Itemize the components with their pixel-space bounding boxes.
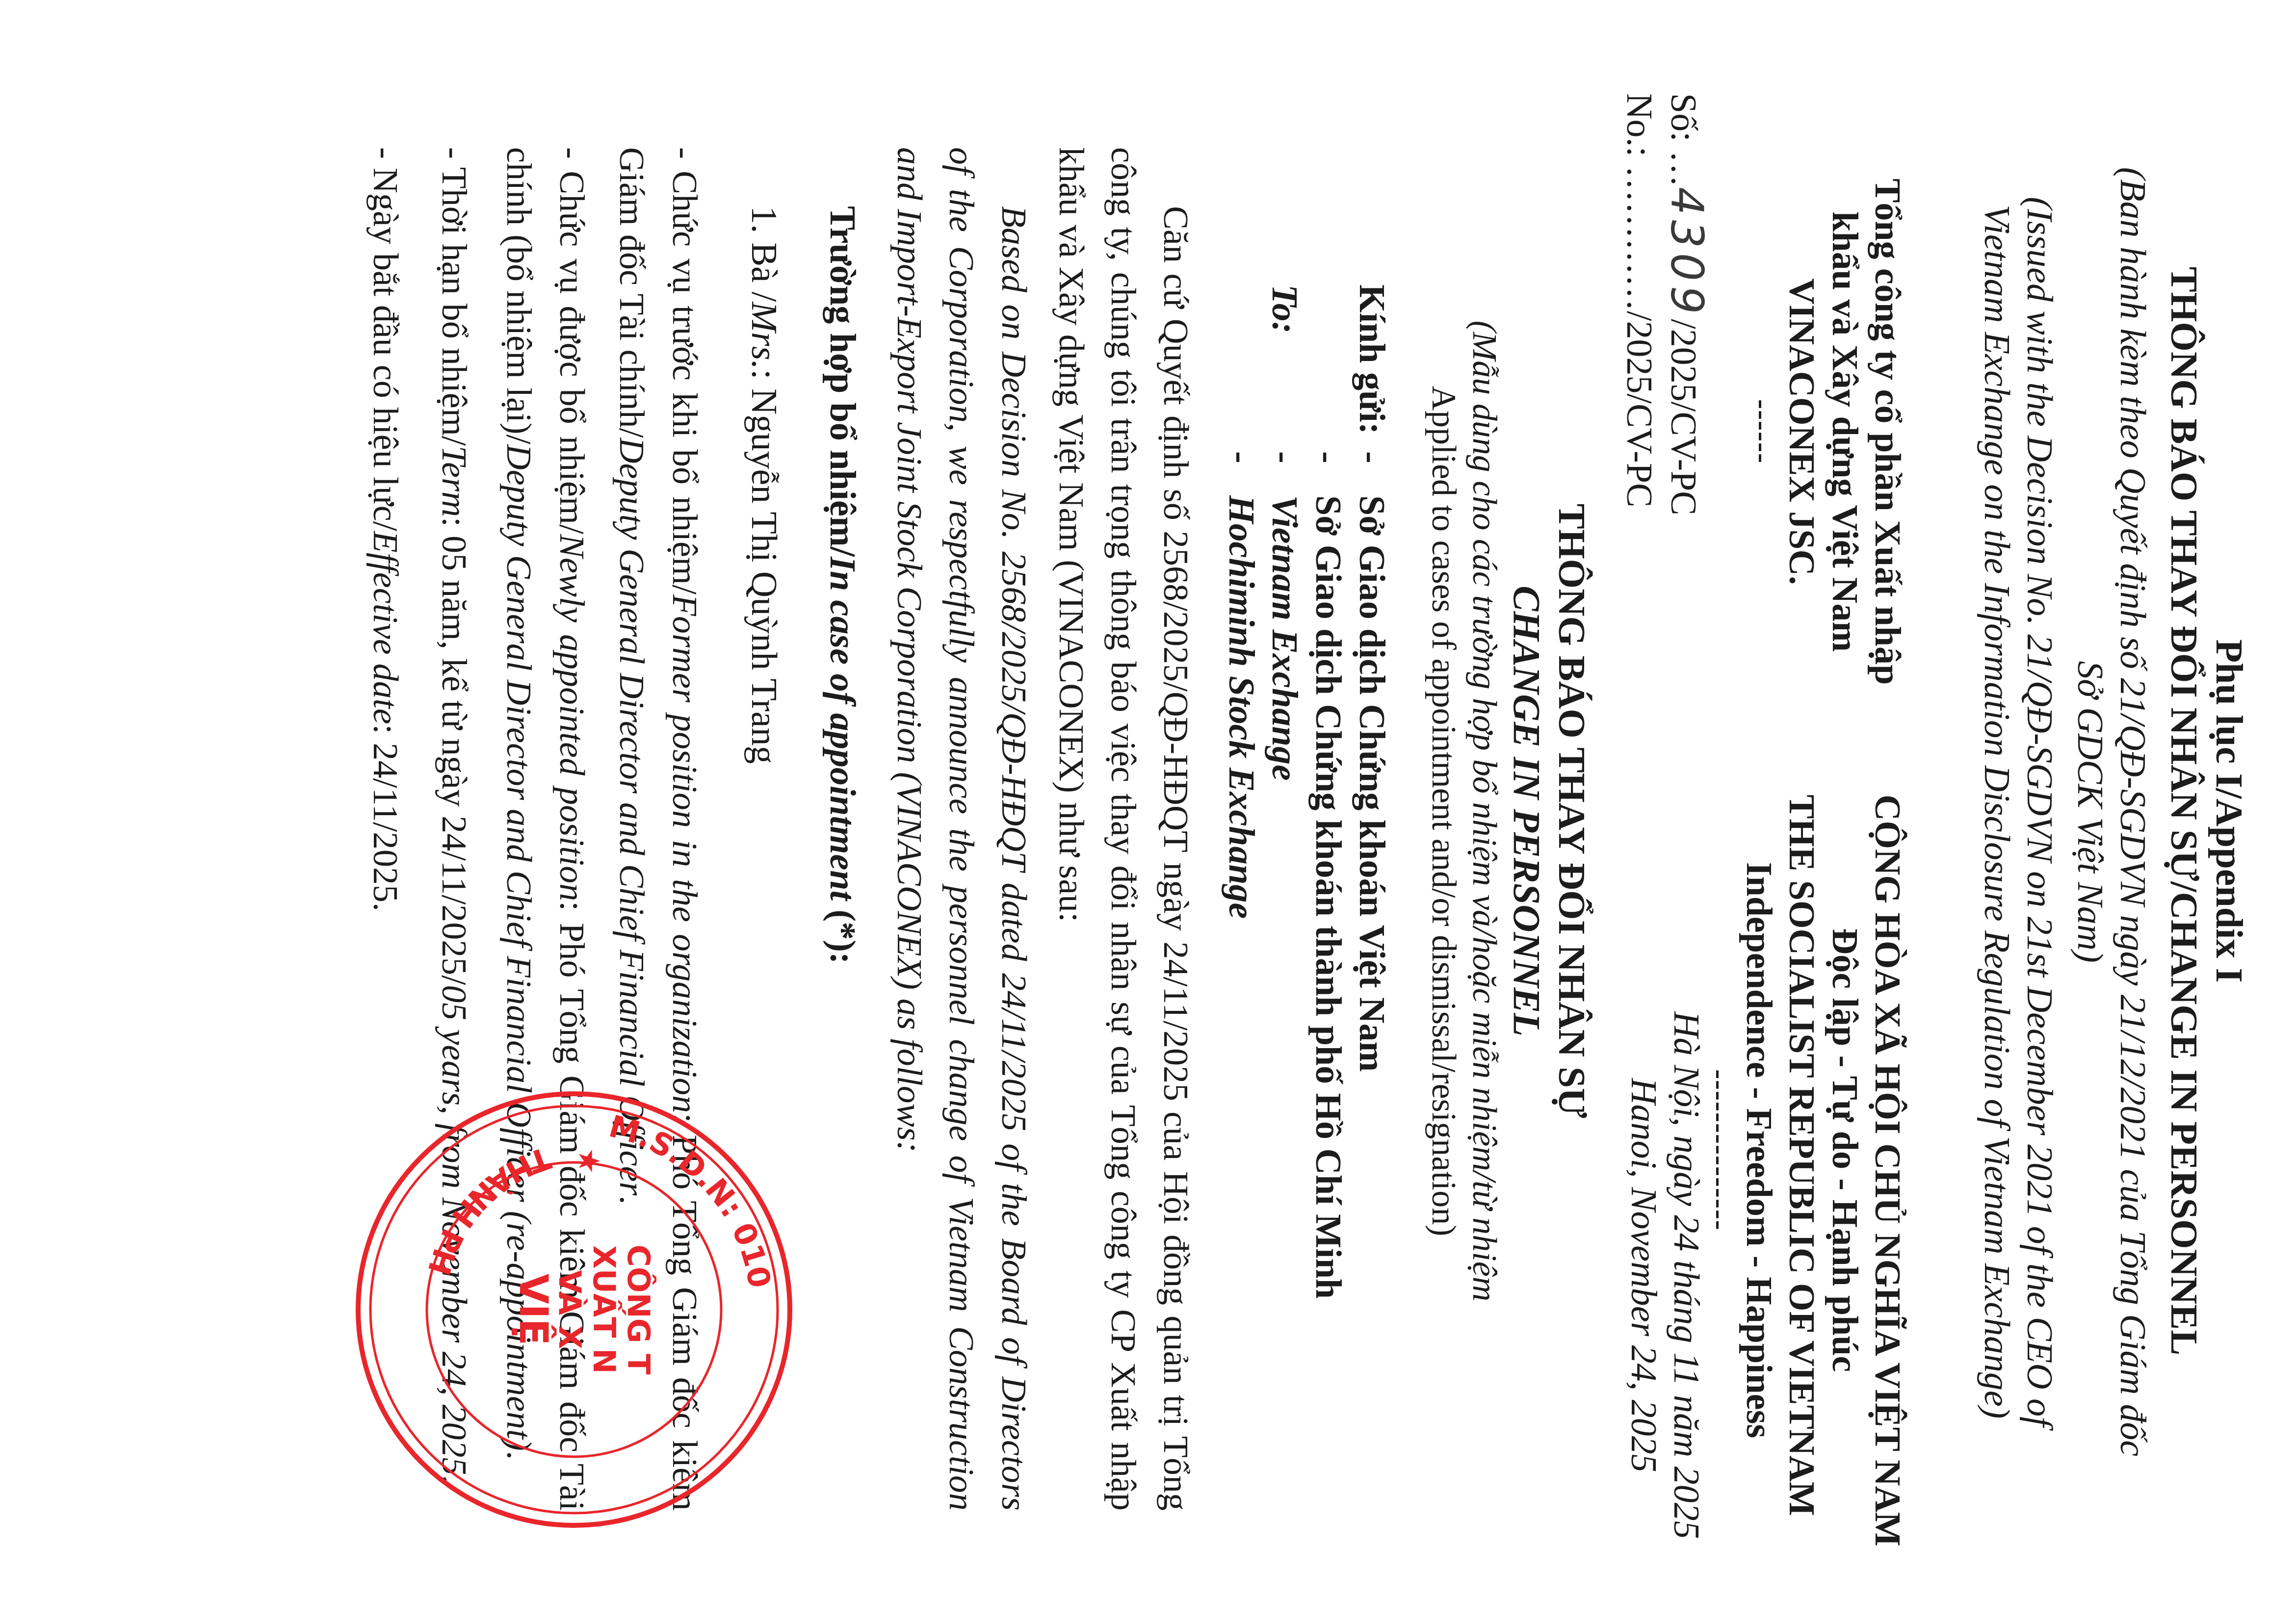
- item-label-en: Effective date: [366, 531, 405, 724]
- recipients: Kính gửi: - Sở Giao dịch Chứng khoán Việ…: [1219, 284, 1393, 1560]
- notice-subtitle-en: Applied to cases of appointment and/or d…: [1423, 0, 1464, 1622]
- item-value-vi: : 05 năm, kể từ ngày 24/11/2025/: [435, 517, 474, 985]
- recipients-label-en: To:: [1263, 284, 1306, 451]
- company-divider: ------: [1746, 162, 1780, 701]
- national-line4: Independence - Freedom - Happiness: [1737, 795, 1780, 1506]
- item-value-vi: : 24/11/2025.: [366, 724, 405, 911]
- recipient-bullet: -: [1263, 451, 1306, 495]
- stamp-outer-text-bottom: THÀNH PH: [420, 1140, 555, 1280]
- recipient-bullet: -: [1350, 451, 1393, 495]
- doc-number-handwritten: 4309: [1661, 187, 1712, 319]
- recipient-item: Sở Giao dịch Chứng khoán Việt Nam: [1350, 495, 1393, 1072]
- notice-subtitle-vi: (Mẫu dùng cho các trường hợp bổ nhiệm và…: [1463, 0, 1504, 1622]
- appendix-issued-en: (Issued with the Decision No. 21/QĐ-SGDV…: [1975, 162, 2061, 1462]
- doc-number-label-vi: Số: …: [1663, 93, 1703, 187]
- section-heading-vi: Trường hợp bổ nhiệm/: [822, 206, 862, 557]
- stamp-inner-line: VÀ X: [552, 1270, 588, 1349]
- item-label-vi: - Thời hạn bổ nhiệm/: [435, 147, 474, 446]
- appendix-issued-vi: (Ban hành kèm theo Quyết định số 21/QĐ-S…: [2068, 162, 2154, 1462]
- person-sep: :: [744, 369, 784, 388]
- item-label-en: Newly appointed position: [552, 534, 592, 901]
- doc-number-label-en: No.: …………: [1619, 93, 1659, 311]
- item-label-vi: - Chức vụ trước khi bổ nhiệm/: [665, 147, 704, 594]
- section-heading-suffix: (*):: [822, 901, 862, 964]
- national-line3: THE SOCIALIST REPUBLIC OF VIETNAM: [1780, 795, 1823, 1506]
- recipient-bullet: -: [1219, 451, 1263, 495]
- date-block: Hà Nội, ngày 24 tháng 11 năm 2025 Hanoi,…: [1621, 932, 1707, 1619]
- item-value-en: Deputy General Director and Chief Financ…: [612, 438, 652, 1196]
- notice-title-en: CHANGE IN PERSONNEL: [1504, 0, 1549, 1622]
- document-page: Phụ lục I/Appendix I THÔNG BÁO THAY ĐỔI …: [0, 0, 2296, 1622]
- national-motto: CỘNG HÒA XÃ HỘI CHỦ NGHĨA VIỆT NAM Độc l…: [1703, 795, 1908, 1506]
- notice-title-block: THÔNG BÁO THAY ĐỔI NHÂN SỰ CHANGE IN PER…: [1423, 0, 1594, 1622]
- recipients-label-vi: Kính gửi:: [1350, 284, 1393, 451]
- stamp-inner-line: VIỆ: [511, 1274, 557, 1345]
- section-heading: Trường hợp bổ nhiệm/In case of appointme…: [821, 206, 863, 1481]
- national-line1: CỘNG HÒA XÃ HỘI CHỦ NGHĨA VIỆT NAM: [1866, 795, 1908, 1506]
- stamp-inner-line: XUẤT N: [586, 1245, 626, 1374]
- date-en: Hanoi, November 24, 2025: [1621, 932, 1664, 1619]
- company-block: Tổng công ty cổ phần Xuất nhập khẩu và X…: [1746, 162, 1908, 701]
- recipient-bullet: -: [1306, 451, 1350, 495]
- recipient-item: Hochiminh Stock Exchange: [1219, 495, 1263, 919]
- national-line2: Độc lập - Tự do - Hạnh phúc: [1823, 795, 1865, 1506]
- company-seal-stamp: M.S.D.N: 010 THÀNH PH ★ CÔNG T XUẤT N VÀ…: [353, 1089, 795, 1530]
- appendix-header: Phụ lục I/Appendix I THÔNG BÁO THAY ĐỔI …: [2162, 0, 2252, 1622]
- item-label-vi: - Chức vụ được bổ nhiệm/: [552, 147, 592, 534]
- item-label-en: Term: [435, 446, 474, 517]
- person-prefix: 1. Bà /: [744, 206, 784, 302]
- item-label-vi: - Ngày bắt đầu có hiệu lực/: [366, 147, 405, 531]
- svg-text:THÀNH PH: THÀNH PH: [420, 1140, 555, 1280]
- stamp-star-icon: ★: [572, 1148, 606, 1174]
- notice-title-vi: THÔNG BÁO THAY ĐỔI NHÂN SỰ: [1549, 0, 1594, 1622]
- company-name-line2: khẩu và Xây dựng Việt Nam: [1823, 162, 1865, 701]
- person-name: Nguyễn Thị Quỳnh Trang: [744, 388, 784, 764]
- company-name-en: VINACONEX JSC.: [1780, 162, 1823, 701]
- section-heading-en: In case of appointment: [822, 557, 862, 901]
- company-name-line1: Tổng công ty cổ phần Xuất nhập: [1866, 162, 1908, 701]
- recipient-item: Sở Giao dịch Chứng khoán thành phố Hồ Ch…: [1306, 495, 1350, 1299]
- date-vi: Hà Nội, ngày 24 tháng 11 năm 2025: [1665, 932, 1707, 1619]
- stamp-inner-line: CÔNG T: [621, 1245, 656, 1375]
- person-prefix-en: Mrs.: [744, 302, 784, 369]
- doc-number-suffix-en: /2025/CV-PC: [1619, 311, 1659, 507]
- national-divider: ---------------: [1703, 795, 1737, 1506]
- body-paragraph-vi: Căn cứ Quyết định số 2568/2025/QĐ-HĐQT n…: [1045, 147, 1202, 1511]
- doc-number: Số: …4309/2025/CV-PC No.: …………/2025/CV-P…: [1618, 93, 1713, 731]
- appendix-title: Phụ lục I/Appendix I: [2207, 0, 2252, 1622]
- recipient-item: Vietnam Exchange: [1263, 495, 1306, 781]
- doc-number-suffix-vi: /2025/CV-PC: [1663, 319, 1703, 515]
- item-label-en: Former position in the organization: [665, 594, 704, 1113]
- appendix-heading: THÔNG BÁO THAY ĐỔI NHÂN SỰ/CHANGE IN PER…: [2162, 0, 2207, 1622]
- body-paragraph-en: Based on Decision No. 2568/2025/QĐ-HĐQT …: [883, 147, 1040, 1511]
